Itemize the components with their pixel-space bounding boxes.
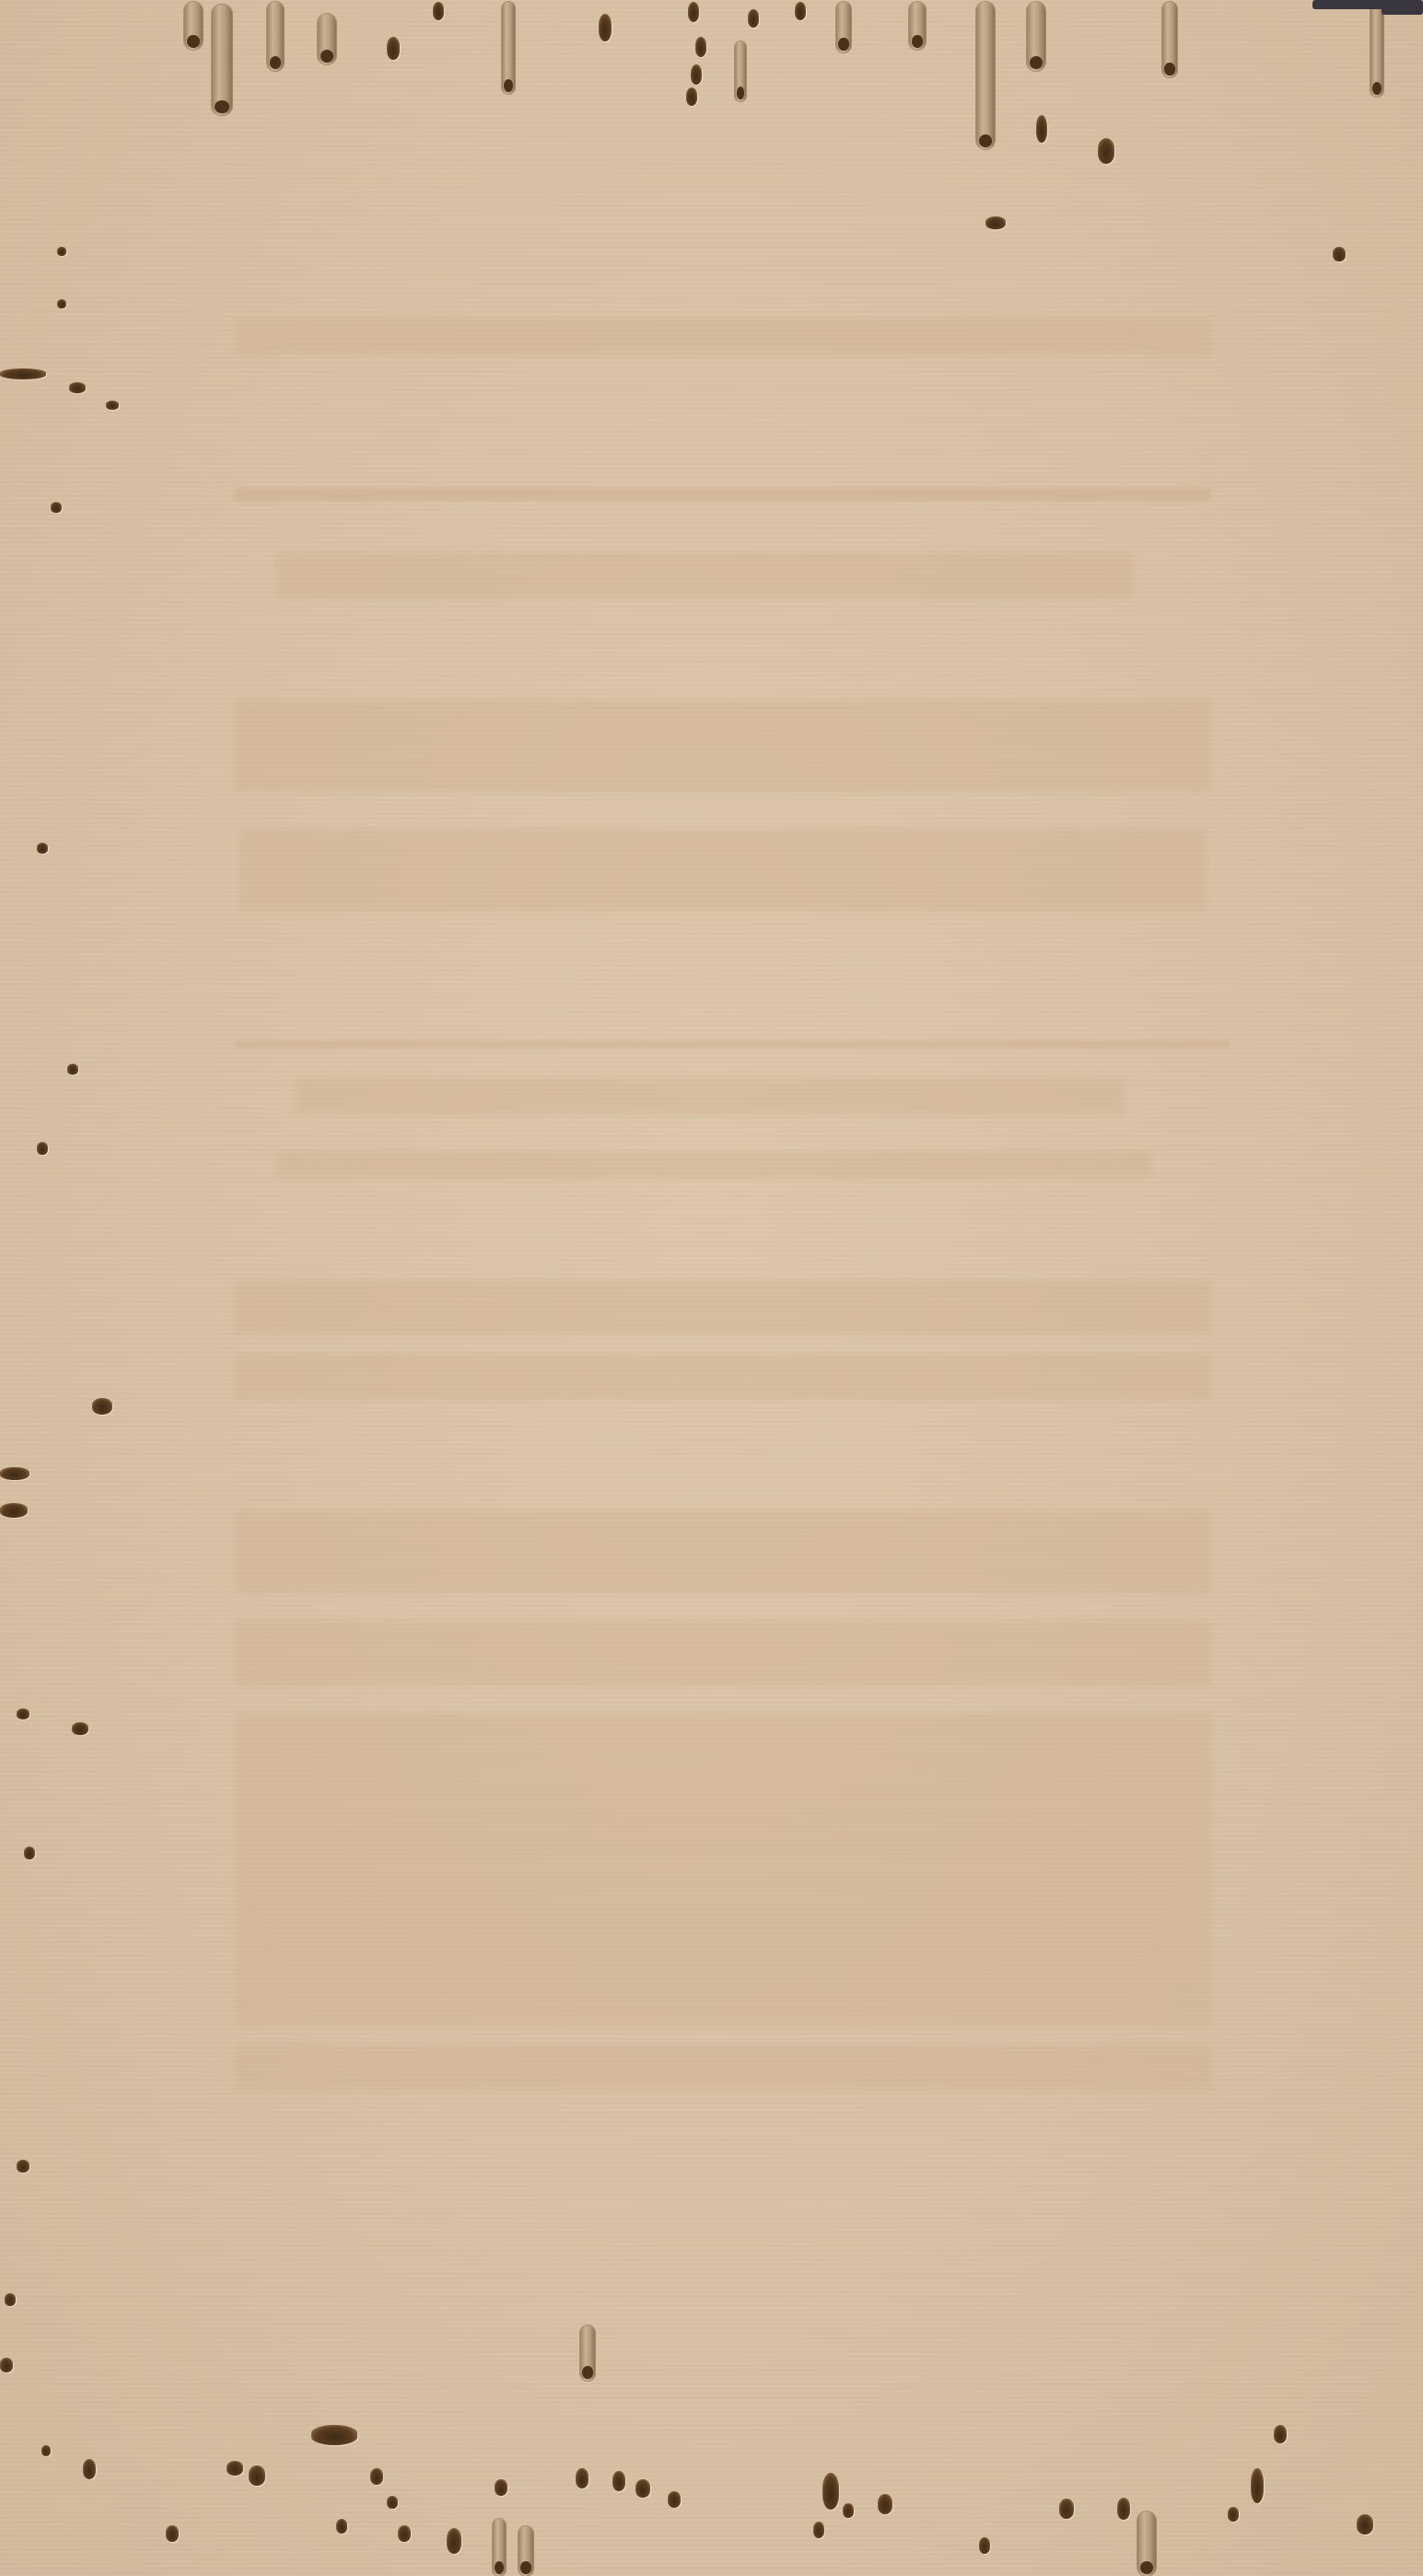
wormhole [1036,115,1047,143]
showthrough-text-block [239,829,1207,912]
wormhole [51,502,62,513]
wormhole [795,2,806,20]
wormhole-tunnel [1371,5,1383,97]
wormhole [336,2519,347,2534]
wormhole [688,2,699,22]
page-edge-mark [1382,0,1423,15]
wormhole [695,37,706,57]
wormhole [612,2471,625,2491]
wormhole [1059,2499,1074,2519]
wormhole [1357,2514,1373,2535]
wormhole [1251,2468,1264,2503]
showthrough-text-block [276,553,1133,599]
wormhole-tunnel [1162,2,1177,77]
wormhole [822,2473,839,2510]
wormhole [813,2522,824,2538]
wormhole-tunnel [909,2,926,50]
wormhole [249,2465,265,2486]
showthrough-rule [235,488,1211,501]
wormhole [69,382,86,393]
showthrough-text-block [276,1151,1151,1179]
wormhole [67,1064,78,1075]
wormhole [370,2468,383,2485]
wormhole [0,2358,13,2372]
showthrough-text-block [235,1510,1211,1593]
showthrough-text-block [235,318,1211,355]
showthrough-rule [235,1041,1230,1048]
wormhole [433,2,444,20]
wormhole [41,2445,51,2456]
wormhole-tunnel [519,2526,533,2576]
wormhole [37,1142,48,1155]
wormhole [311,2425,357,2445]
wormhole [668,2491,681,2508]
wormhole [1274,2425,1287,2443]
wormhole [92,1398,112,1415]
wormhole-tunnel [212,5,232,115]
wormhole [17,1708,29,1719]
wormhole [843,2503,854,2518]
wormhole-tunnel [318,14,336,64]
wormhole [72,1722,88,1735]
wormhole [37,843,48,854]
wormhole [748,9,759,28]
wormhole [576,2468,589,2489]
wormhole [599,14,612,41]
wormhole [0,1467,29,1480]
showthrough-text-block [295,1078,1124,1114]
wormhole [636,2479,650,2498]
wormhole-tunnel [976,2,995,149]
wormhole [1098,138,1114,164]
showthrough-text-block [235,1621,1211,1685]
wormhole [166,2525,179,2542]
wormhole [83,2459,96,2479]
showthrough-text-block [235,700,1211,792]
wormhole [686,87,697,106]
wormhole [398,2525,411,2542]
wormhole-tunnel [502,2,515,94]
wormhole [691,64,702,85]
wormhole-tunnel [267,2,284,71]
wormhole [227,2461,243,2476]
wormhole [0,368,46,379]
wormhole-tunnel [735,41,746,101]
wormhole-tunnel [493,2519,506,2576]
wormhole [979,2537,990,2554]
wormhole-tunnel [1137,2512,1156,2576]
wormhole [387,2496,398,2509]
wormhole [17,2160,29,2173]
wormhole [447,2528,461,2554]
wormhole [106,401,119,410]
wormhole [57,247,66,256]
showthrough-text-block [235,2045,1211,2091]
wormhole-tunnel [184,2,203,50]
showthrough-text-block [235,1354,1211,1400]
wormhole [1228,2507,1239,2522]
wormhole [0,1503,28,1518]
wormhole-tunnel [580,2325,595,2381]
showthrough-text-block [235,1713,1211,2026]
wormhole [24,1847,35,1859]
wormhole [5,2293,16,2306]
wormhole [1117,2498,1130,2520]
wormhole [1333,247,1346,262]
showthrough-text-block [235,1280,1211,1335]
wormhole [878,2494,892,2514]
wormhole [57,299,66,309]
wormhole-tunnel [836,2,851,52]
paper-page-verso [0,0,1423,2576]
wormhole [495,2479,507,2496]
wormhole-tunnel [1027,2,1045,71]
wormhole [986,216,1006,229]
wormhole [387,37,400,60]
